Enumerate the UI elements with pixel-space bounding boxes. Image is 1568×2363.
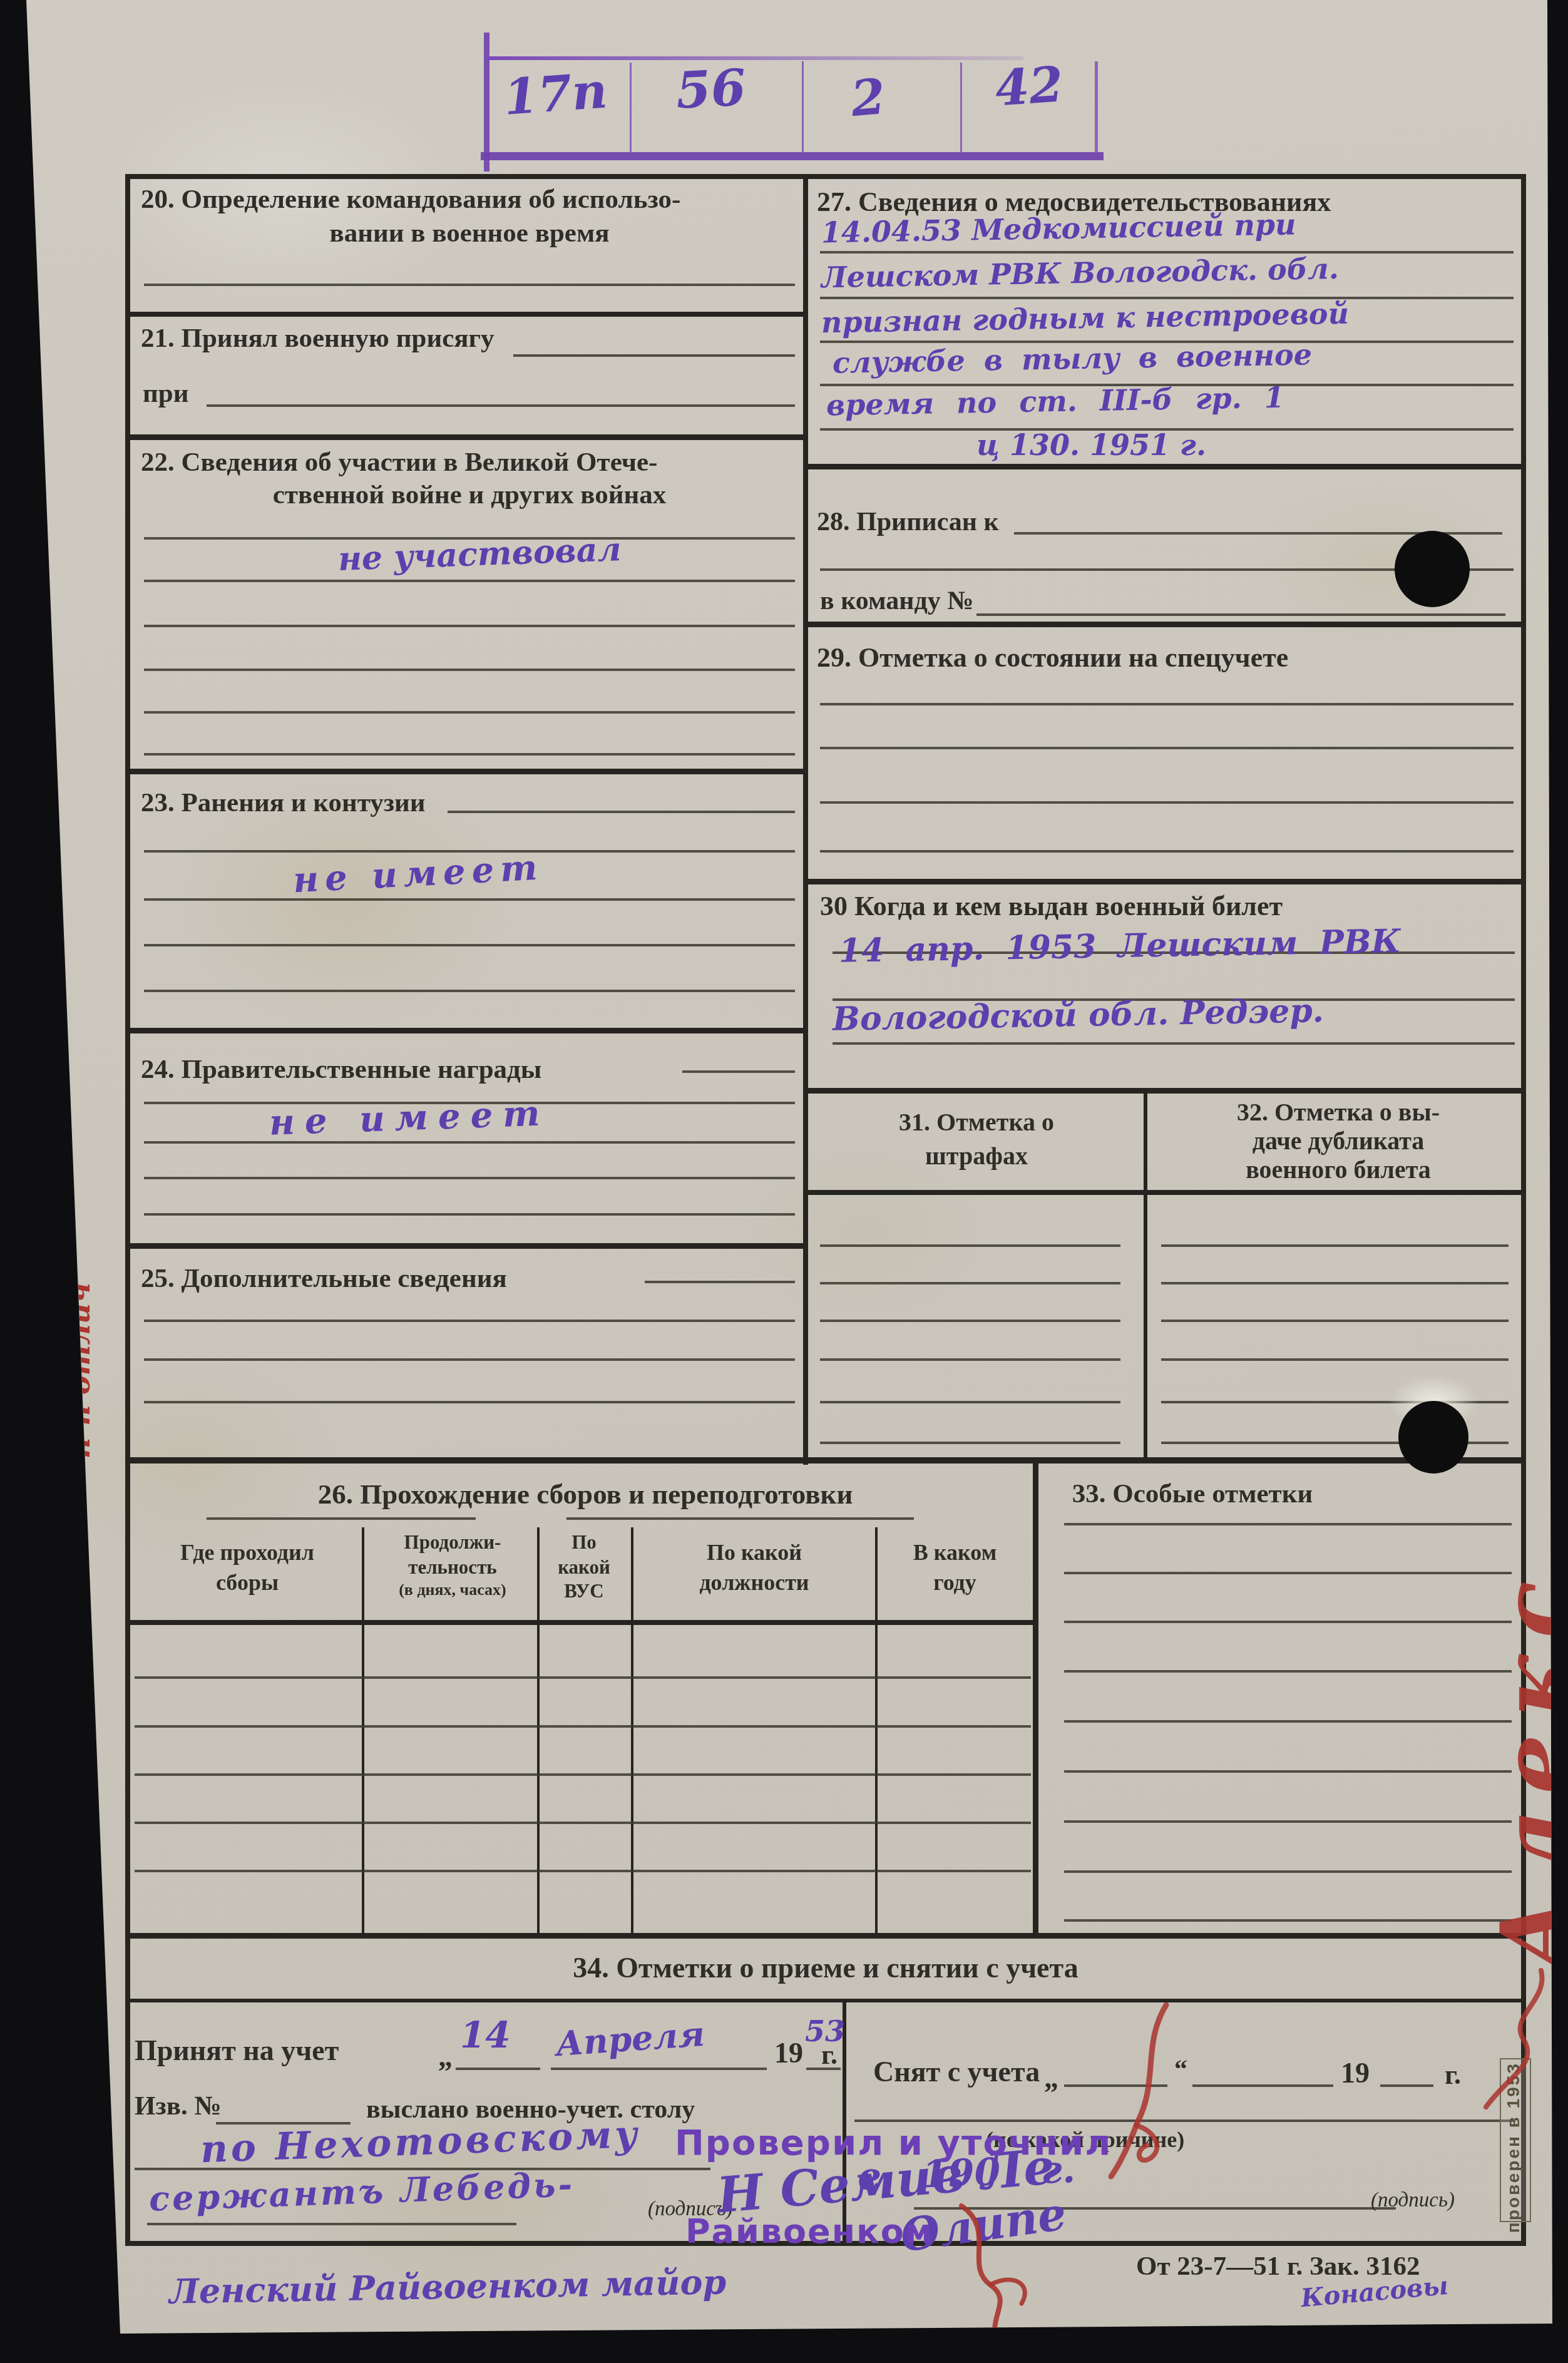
field-28-title: 28. Приписан к <box>817 508 999 536</box>
removed-year-g: г. <box>1445 2061 1461 2089</box>
ruled-line <box>551 2068 767 2070</box>
ruled-line <box>448 811 795 813</box>
ruled-line <box>207 1517 476 1520</box>
col-position-line1: По какой <box>638 1541 870 1565</box>
table-row-line <box>135 1773 1031 1776</box>
red-scribble-bottom <box>939 2197 1064 2354</box>
col-year-line2: году <box>881 1571 1028 1595</box>
col-vus-line1: По <box>540 1532 628 1553</box>
ruled-line <box>820 1401 1120 1403</box>
registry-box-left-border <box>484 33 489 172</box>
section-rule <box>125 434 804 440</box>
registry-box-divider <box>630 63 632 155</box>
table-header-rule <box>125 1620 1036 1625</box>
hw-30-line2: Вологодской обл. Редэер. <box>833 995 1325 1036</box>
ruled-line <box>144 1401 795 1403</box>
field-20-title-line2: вании в военное время <box>188 219 751 247</box>
section-rule <box>125 1243 804 1249</box>
field-31-title-line2: штрафах <box>864 1143 1089 1169</box>
removed-label: Снят с учета <box>873 2057 1040 2087</box>
field-21-title: 21. Принял военную присягу <box>141 324 494 352</box>
divider-31-32 <box>1144 1090 1147 1460</box>
ruled-line <box>144 1320 795 1322</box>
ruled-line <box>1161 1282 1509 1284</box>
print-order-note: От 23-7—51 г. Зак. 3162 <box>1136 2252 1420 2280</box>
hw-accept-day: 14 <box>460 2017 511 2053</box>
ruled-line <box>144 711 795 714</box>
field-25-title: 25. Дополнительные сведения <box>141 1264 507 1293</box>
ruled-line <box>513 354 795 357</box>
ruled-line <box>1064 1720 1512 1723</box>
section-rule <box>803 464 1526 469</box>
ruled-line <box>820 747 1514 749</box>
table-row-line <box>135 1822 1031 1824</box>
field-30-title: 30 Когда и кем выдан военный билет <box>820 892 1283 921</box>
scanned-military-registration-card: 17п 56 2 42 <box>0 0 1568 2363</box>
section-rule <box>803 622 1526 627</box>
section-rule <box>803 1088 1526 1094</box>
ruled-line <box>144 580 795 582</box>
hw-24-answer: не имеет <box>269 1095 550 1140</box>
punch-hole-bottom <box>1398 1401 1468 1474</box>
ruled-line <box>820 297 1514 299</box>
red-margin-signature: Алекс <box>1489 1565 1568 1972</box>
ruled-line <box>1064 1572 1512 1574</box>
ruled-line <box>144 284 795 286</box>
ruled-line <box>1192 2084 1333 2087</box>
field-21-pri: при <box>143 379 188 408</box>
ruled-line <box>820 801 1514 804</box>
ruled-line <box>682 1070 795 1073</box>
stamp-checked: Проверил и уточнил <box>675 2126 1112 2161</box>
red-margin-note-line2: п-н отлич <box>65 1146 94 1458</box>
accepted-year-19: 19 <box>774 2038 803 2068</box>
field-22-title-line2: ственной войне и других войнах <box>188 481 751 509</box>
col-where-line2: сборы <box>144 1571 351 1595</box>
divider-26-33 <box>1033 1460 1038 1935</box>
ruled-line <box>1064 1820 1512 1823</box>
ruled-line <box>820 1442 1120 1444</box>
red-scribble-reason <box>1099 2000 1192 2181</box>
red-scribble-right-edge <box>1471 1959 1565 2116</box>
paper-sheet: 17п 56 2 42 <box>0 0 1568 2363</box>
table-row-line <box>135 1676 1031 1679</box>
ruled-line <box>820 1244 1120 1247</box>
ruled-line <box>144 1177 795 1179</box>
ruled-line <box>820 1320 1120 1322</box>
red-margin-note-line1: исп. в п. 5, 6 верно, <box>26 968 55 1544</box>
section-rule <box>803 1190 1526 1195</box>
table-row-line <box>135 1725 1031 1728</box>
hw-accept-year: 53 <box>805 2017 845 2046</box>
ruled-line <box>1064 1621 1512 1623</box>
registry-box-top-border <box>484 56 1023 60</box>
registry-box-divider <box>802 61 804 155</box>
field-34-title: 34. Отметки о приеме и снятии с учета <box>125 1953 1526 1983</box>
ruled-line <box>144 753 795 756</box>
ruled-line <box>144 1213 795 1216</box>
column-divider <box>803 174 808 1465</box>
accepted-label: Принят на учет <box>135 2036 339 2066</box>
ruled-line <box>1064 1770 1512 1773</box>
ruled-line <box>144 1358 795 1361</box>
field-32-title-line1: 32. Отметка о вы- <box>1163 1099 1514 1125</box>
ruled-line <box>144 1141 795 1144</box>
section-rule <box>125 312 804 317</box>
ruled-line <box>820 251 1514 254</box>
field-23-title: 23. Ранения и контузии <box>141 789 426 817</box>
ruled-line <box>144 990 795 992</box>
ruled-line <box>1161 1320 1509 1322</box>
registry-box-divider <box>960 63 962 155</box>
registry-cell-1: 17п <box>502 66 608 122</box>
ruled-line <box>976 613 1505 616</box>
hw-27-line3: признан годным к нестроевой <box>821 299 1350 337</box>
ruled-line <box>144 944 795 946</box>
table-row-line <box>135 1870 1031 1872</box>
col-year-line1: В каком <box>881 1541 1028 1565</box>
hw-27-line4: службе в тылу в военное <box>833 340 1313 377</box>
col-position-line2: должности <box>638 1571 870 1595</box>
section-rule <box>125 1933 1526 1939</box>
signature-caption-right: (подпись) <box>1371 2190 1455 2212</box>
ruled-line <box>820 1358 1120 1361</box>
registry-cell-3: 2 <box>849 73 888 124</box>
section-rule <box>125 769 804 774</box>
field-20-title-line1: 20. Определение командования об использо… <box>141 185 680 213</box>
field-26-title: 26. Прохождение сборов и переподготовки <box>250 1480 920 1509</box>
registry-cell-4: 42 <box>993 60 1065 113</box>
col-duration-line2: тельность <box>374 1557 531 1578</box>
removed-open-quote: „ <box>1044 2063 1058 2093</box>
ruled-line <box>144 898 795 901</box>
field-28-team: в команду № <box>820 587 974 615</box>
registry-cell-2: 56 <box>675 62 747 116</box>
ruled-line <box>144 669 795 671</box>
section-rule <box>125 1028 804 1033</box>
hw-22-answer: не участвовал <box>337 533 622 576</box>
accepted-open-quote: „ <box>438 2042 453 2072</box>
izv-label: Изв. № <box>135 2092 222 2120</box>
hw-27-line5: время по ст. III-б гр. 1 <box>826 383 1285 420</box>
ruled-line <box>1064 1523 1512 1525</box>
ruled-line <box>147 2223 516 2225</box>
hw-27-line2: Лешском РВК Вологодск. обл. <box>821 254 1339 292</box>
field-29-title: 29. Отметка о состоянии на спецучете <box>817 643 1288 672</box>
field-31-title-line1: 31. Отметка о <box>864 1109 1089 1135</box>
field-24-title: 24. Правительственные награды <box>141 1055 541 1084</box>
hw-27-line1: 14.04.53 Медкомиссией при <box>821 210 1296 247</box>
ruled-line <box>1064 1670 1512 1673</box>
col-duration-line1: Продолжи- <box>374 1532 531 1553</box>
hw-footer-left: Ленский Райвоенком майор <box>169 2265 727 2309</box>
field-22-title-line1: 22. Сведения об участии в Великой Отече- <box>141 448 657 476</box>
ruled-line <box>456 2068 540 2070</box>
ruled-line <box>207 404 795 407</box>
ruled-line <box>833 1042 1515 1045</box>
ruled-line <box>820 850 1514 853</box>
field-33-title: 33. Особые отметки <box>1058 1480 1327 1508</box>
removed-year-19: 19 <box>1341 2058 1370 2088</box>
section-rule <box>125 1457 1526 1463</box>
registry-box-right-border <box>1095 61 1098 156</box>
hw-27-line6: ц 130. 1951 г. <box>976 431 1206 459</box>
field-32-title-line2: даче дубликата <box>1163 1128 1514 1154</box>
ruled-line <box>820 703 1514 705</box>
hw-accept-month: Апреля <box>555 2017 705 2061</box>
ruled-line <box>1161 1244 1509 1247</box>
hw-30-line1: 14 апр. 1953 Лешским РВК <box>839 925 1401 968</box>
punch-hole-top <box>1395 531 1470 607</box>
ruled-line <box>820 1282 1120 1284</box>
ruled-line <box>645 1281 795 1283</box>
field-32-title-line3: военного билета <box>1163 1157 1514 1183</box>
col-where-line1: Где проходил <box>144 1541 351 1565</box>
registry-box-bottom-border <box>481 152 1104 160</box>
ruled-line <box>566 1517 914 1520</box>
ruled-line <box>1380 2084 1433 2087</box>
ruled-line <box>1064 1870 1512 1873</box>
ruled-line <box>1064 1919 1512 1922</box>
ruled-line <box>1161 1358 1509 1361</box>
col-vus-line2: какой <box>540 1557 628 1578</box>
section-rule <box>803 879 1526 884</box>
stamp-rayvoenkom: Райвоенком <box>685 2215 934 2248</box>
header-34-underline <box>125 1999 1526 2002</box>
ruled-line <box>144 625 795 627</box>
col-vus-line3: ВУС <box>540 1581 628 1602</box>
col-duration-line3: (в днях, часах) <box>371 1581 535 1598</box>
